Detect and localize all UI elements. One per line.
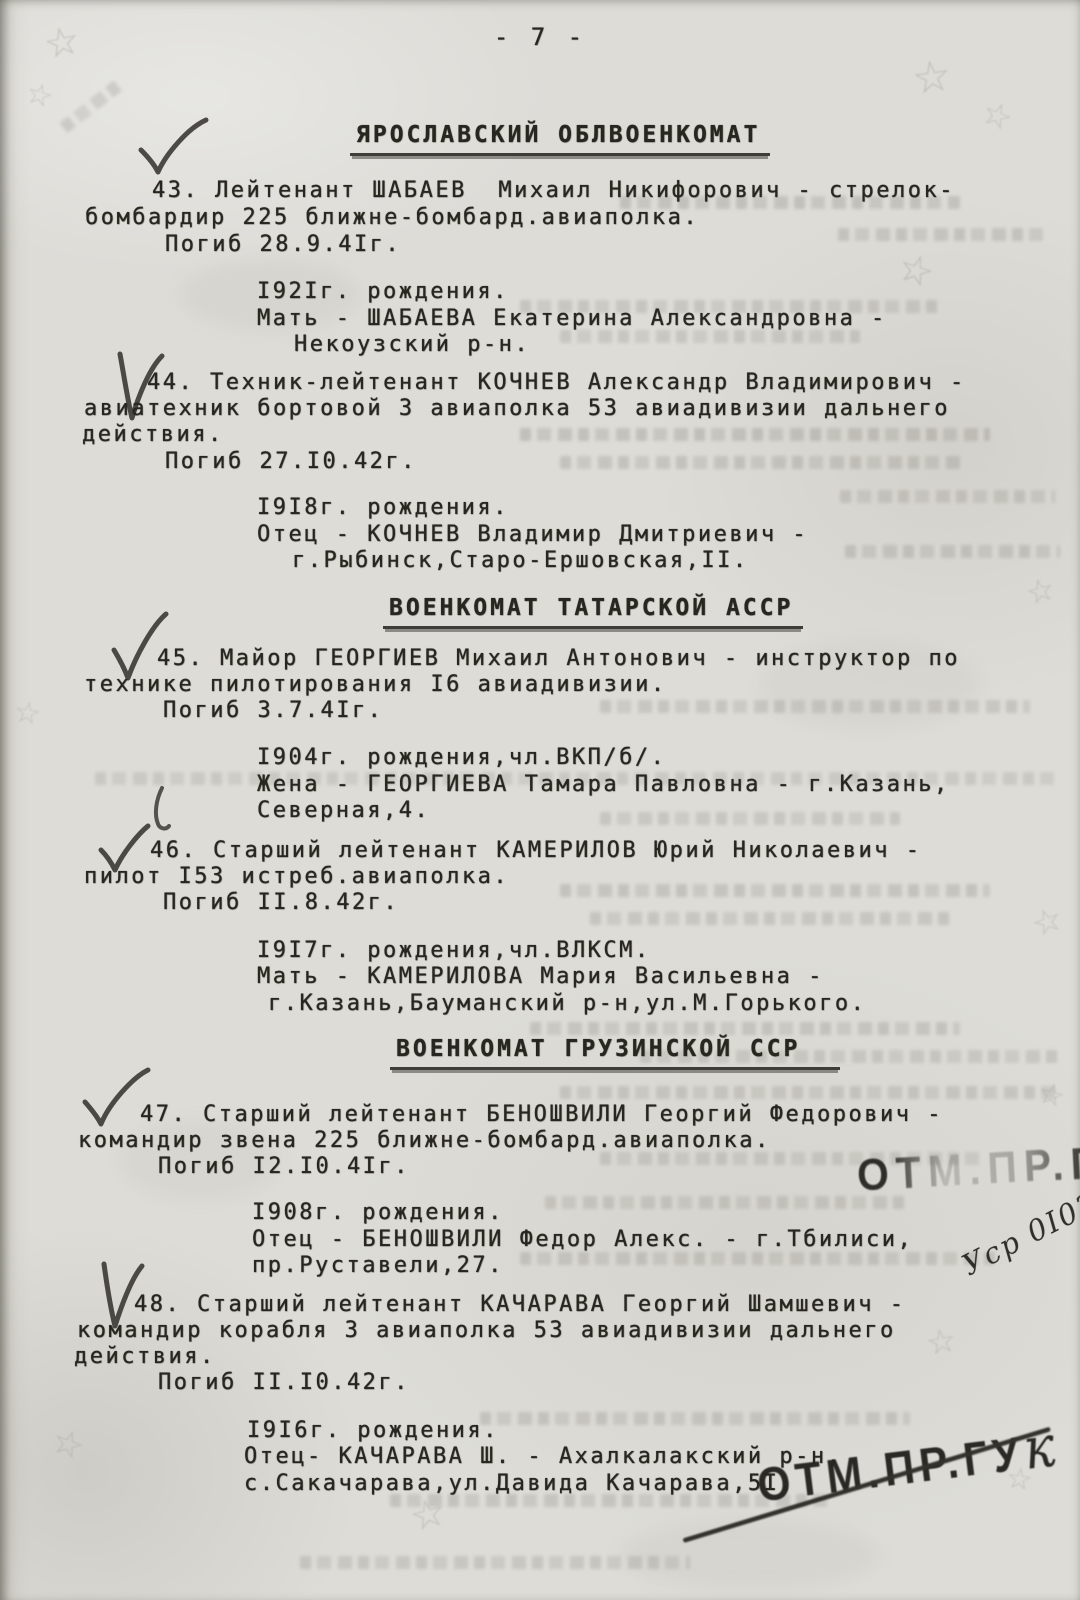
entry-47-relative-line: Отец - БЕНОШВИЛИ Федор Алекс. - г.Тбилис… (252, 1227, 913, 1253)
entry-45-birth-line: I904г. рождения,чл.ВКП/б/. (257, 745, 666, 771)
bleedthrough-text (59, 80, 122, 133)
entry-48-line-1: 48. Старший лейтенант КАЧАРАВА Георгий Ш… (134, 1292, 906, 1318)
star-watermark-icon: ☆ (46, 1420, 90, 1470)
entry-47-birth-line: I908г. рождения. (252, 1200, 504, 1226)
star-watermark-icon: ☆ (976, 92, 1019, 141)
entry-45-line-1: 45. Майор ГЕОРГИЕВ Михаил Антонович - ин… (157, 646, 960, 672)
entry-46-relative-line: Мать - КАМЕРИЛОВА Мария Васильевна - (257, 964, 824, 990)
entry-48-address-line: с.Сакачарава,ул.Давида Качарава,5I. (244, 1471, 795, 1497)
bleedthrough-text (560, 1086, 1060, 1099)
star-watermark-icon: ☆ (40, 17, 85, 69)
entry-43-birth-line: I92Iг. рождения. (257, 279, 509, 305)
otm-pr-guk-stamp: ОТМ.ПР.ГУК (856, 1135, 1080, 1201)
checkmark-annotation (136, 116, 212, 180)
entry-48-death-line: Погиб II.I0.42г. (158, 1370, 410, 1396)
bleedthrough-text (545, 1196, 905, 1209)
entry-48-relative-line: Отец- КАЧАРАВА Ш. - Ахалкалакский р-н, (244, 1444, 842, 1470)
entry-47-line-2: командир звена 225 ближне-бомбард.авиапо… (78, 1128, 771, 1154)
bleedthrough-text (520, 428, 990, 441)
bleedthrough-text (560, 456, 960, 469)
entry-46-line-2: пилот I53 истреб.авиаполка. (84, 864, 509, 890)
bleedthrough-text (590, 912, 950, 925)
star-watermark-icon: ☆ (909, 50, 955, 106)
bleedthrough-text (520, 1252, 1000, 1265)
entry-43-line-1: 43. Лейтенант ШАБАЕВ Михаил Никифорович … (152, 178, 955, 204)
entry-48-line-3: действия. (74, 1344, 216, 1370)
bleedthrough-text (530, 1022, 960, 1035)
entry-48-line-2: командир корабля 3 авиаполка 53 авиадиви… (77, 1318, 896, 1344)
entry-45-address-line: Северная,4. (257, 798, 430, 824)
entry-44-address-line: г.Рыбинск,Старо-Ершовская,II. (292, 548, 749, 574)
star-watermark-icon: ☆ (1022, 569, 1060, 613)
star-watermark-icon: ☆ (892, 244, 940, 299)
bleedthrough-text (838, 228, 1043, 241)
entry-45-relative-line: Жена - ГЕОРГИЕВА Тамара Павловна - г.Каз… (257, 772, 950, 798)
entry-43-address-line: Некоузский р-н. (294, 332, 530, 358)
entry-45-death-line: Погиб 3.7.4Iг. (163, 698, 383, 724)
entry-46-death-line: Погиб II.8.42г. (163, 890, 399, 916)
entry-44-death-line: Погиб 27.I0.42г. (165, 449, 417, 475)
document-page: ☆ ☆ ☆ ☆ ☆ ☆ ☆ ☆ ☆ ☆ ☆ ☆ ☆ - 7 - ЯРОСЛАВС… (0, 0, 1080, 1600)
entry-45-line-2: технике пилотирования I6 авиадивизии. (84, 672, 667, 698)
page-number: - 7 - (494, 24, 586, 50)
bleedthrough-text (600, 812, 900, 825)
entry-43-relative-line: Мать - ШАБАЕВА Екатерина Александровна - (257, 306, 887, 332)
star-watermark-icon: ☆ (923, 1320, 960, 1365)
entry-46-address-line: г.Казань,Бауманский р-н,ул.М.Горького. (268, 991, 866, 1017)
entry-47-death-line: Погиб I2.I0.4Iг. (158, 1154, 410, 1180)
entry-46-birth-line: I9I7г. рождения,чл.ВЛКСМ. (257, 938, 651, 964)
bleedthrough-text (560, 884, 990, 897)
star-watermark-icon: ☆ (11, 694, 44, 733)
section-heading-georgia: ВОЕНКОМАТ ГРУЗИНСКОЙ ССР (390, 1036, 840, 1070)
entry-44-birth-line: I9I8г. рождения. (257, 495, 509, 521)
entry-44-line-2: авиатехник бортовой 3 авиаполка 53 авиад… (84, 396, 950, 422)
bleedthrough-text (845, 545, 1060, 558)
entry-46-line-1: 46. Старший лейтенант КАМЕРИЛОВ Юрий Ник… (150, 838, 922, 864)
star-watermark-icon: ☆ (22, 75, 58, 116)
entry-44-line-3: действия. (82, 422, 224, 448)
section-heading-tatar: ВОЕНКОМАТ ТАТАРСКОЙ АССР (383, 595, 803, 629)
entry-43-death-line: Погиб 28.9.4Iг. (165, 232, 401, 258)
entry-44-line-1: 44. Техник-лейтенант КОЧНЕВ Александр Вл… (147, 370, 966, 396)
entry-48-birth-line: I9I6г. рождения. (247, 1418, 499, 1444)
entry-44-relative-line: Отец - КОЧНЕВ Владимир Дмитриевич - (257, 522, 808, 548)
entry-47-line-1: 47. Старший лейтенант БЕНОШВИЛИ Георгий … (140, 1102, 943, 1128)
bleedthrough-text (840, 490, 1055, 503)
entry-43-line-2: бомбардир 225 ближне-бомбард.авиаполка. (85, 205, 699, 231)
section-heading-yaroslavl: ЯРОСЛАВСКИЙ ОБЛВОЕНКОМАТ (350, 122, 770, 156)
entry-47-address-line: пр.Руставели,27. (252, 1253, 504, 1279)
star-watermark-icon: ☆ (1026, 898, 1068, 946)
